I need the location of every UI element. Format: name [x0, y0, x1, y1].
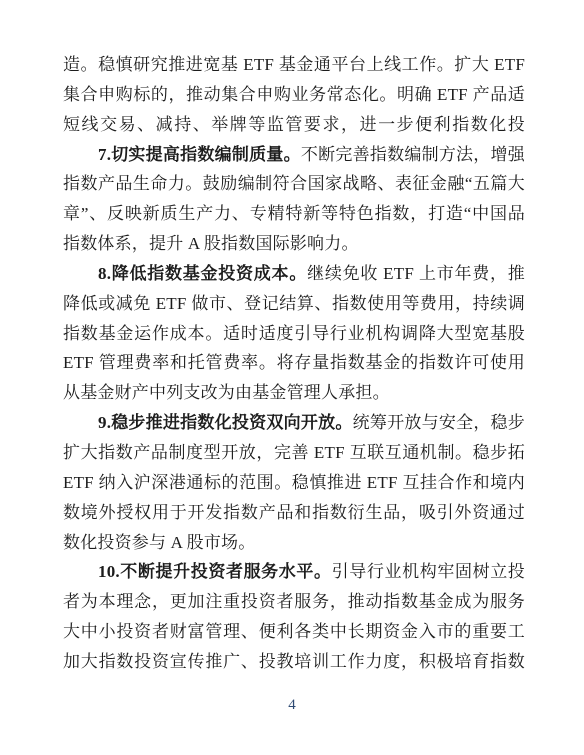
- text-line: 大中小投资者财富管理、便利各类中长期资金入市的重要工具。: [63, 617, 525, 647]
- body-text: 从基金财产中列支改为由基金管理人承担。: [63, 383, 390, 402]
- body-text: 集合申购标的，推动集合申购业务常态化。明确 ETF 产品适用: [63, 85, 525, 110]
- text-line: 降低或减免 ETF 做市、登记结算、指数使用等费用，持续调降: [63, 289, 525, 319]
- body-text: 指数基金运作成本。适时适度引导行业机构调降大型宽基股票: [63, 324, 525, 349]
- paragraph-heading-text: 8.降低指数基金投资成本。: [98, 264, 307, 283]
- para-9: 9.稳步推进指数化投资双向开放。统筹开放与安全，稳步扩大指数产品制度型开放，完善…: [63, 408, 525, 557]
- text-line: 9.稳步推进指数化投资双向开放。统筹开放与安全，稳步: [63, 408, 525, 438]
- text-line: 数化投资参与 A 股市场。: [63, 528, 525, 558]
- text-line: 加大指数投资宣传推广、投教培训工作力度，积极培育指数化: [63, 647, 525, 677]
- text-line: 数境外授权用于开发指数产品和指数衍生品，吸引外资通过指: [63, 498, 525, 528]
- body-text: ETF 管理费率和托管费率。将存量指数基金的指数许可使用费: [63, 353, 525, 378]
- body-text: 者为本理念，更加注重投资者服务，推动指数基金成为服务广: [63, 592, 525, 617]
- body-text: 加大指数投资宣传推广、投教培训工作力度，积极培育指数化: [63, 652, 525, 677]
- text-line: 者为本理念，更加注重投资者服务，推动指数基金成为服务广: [63, 587, 525, 617]
- text-line: ETF 纳入沪深港通标的范围。稳慎推进 ETF 互挂合作和境内指: [63, 468, 525, 498]
- paragraph-heading-text: 10.不断提升投资者服务水平。: [98, 562, 332, 581]
- document-page: 造。稳慎研究推进宽基 ETF 基金通平台上线工作。扩大 ETF集合申购标的，推动…: [0, 0, 584, 755]
- text-line: ETF 管理费率和托管费率。将存量指数基金的指数许可使用费: [63, 348, 525, 378]
- body-text: 降低或减免 ETF 做市、登记结算、指数使用等费用，持续调降: [63, 294, 525, 319]
- para-continuation: 造。稳慎研究推进宽基 ETF 基金通平台上线工作。扩大 ETF集合申购标的，推动…: [63, 50, 525, 140]
- text-line: 扩大指数产品制度型开放，完善 ETF 互联互通机制。稳步拓展: [63, 438, 525, 468]
- text-line: 指数体系，提升 A 股指数国际影响力。: [63, 229, 525, 259]
- body-text: 扩大指数产品制度型开放，完善 ETF 互联互通机制。稳步拓展: [63, 443, 525, 468]
- body-text: 数化投资参与 A 股市场。: [63, 533, 255, 552]
- body-text: 数境外授权用于开发指数产品和指数衍生品，吸引外资通过指: [63, 503, 525, 528]
- paragraph-heading-text: 9.稳步推进指数化投资双向开放。: [98, 413, 353, 432]
- text-line: 造。稳慎研究推进宽基 ETF 基金通平台上线工作。扩大 ETF: [63, 50, 525, 80]
- text-line: 从基金财产中列支改为由基金管理人承担。: [63, 378, 525, 408]
- body-text: 指数体系，提升 A 股指数国际影响力。: [63, 234, 359, 253]
- text-line: 指数基金运作成本。适时适度引导行业机构调降大型宽基股票: [63, 319, 525, 349]
- body-text: 统筹开放与安全，稳步: [353, 413, 525, 432]
- body-text: 指数产品生命力。鼓励编制符合国家战略、表征金融“五篇大文: [63, 174, 525, 199]
- page-footer: 4: [0, 696, 584, 714]
- text-line: 10.不断提升投资者服务水平。引导行业机构牢固树立投资: [63, 557, 525, 587]
- text-line: 7.切实提高指数编制质量。不断完善指数编制方法，增强: [63, 140, 525, 170]
- body-text: 短线交易、减持、举牌等监管要求，进一步便利指数化投资。: [63, 115, 525, 140]
- para-10: 10.不断提升投资者服务水平。引导行业机构牢固树立投资者为本理念，更加注重投资者…: [63, 557, 525, 676]
- body-text: 造。稳慎研究推进宽基 ETF 基金通平台上线工作。扩大 ETF: [63, 55, 525, 74]
- body-text: ETF 纳入沪深港通标的范围。稳慎推进 ETF 互挂合作和境内指: [63, 473, 525, 498]
- text-line: 指数产品生命力。鼓励编制符合国家战略、表征金融“五篇大文: [63, 169, 525, 199]
- text-line: 8.降低指数基金投资成本。继续免收 ETF 上市年费，推动: [63, 259, 525, 289]
- text-line: 短线交易、减持、举牌等监管要求，进一步便利指数化投资。: [63, 110, 525, 140]
- body-text: 大中小投资者财富管理、便利各类中长期资金入市的重要工具。: [63, 622, 525, 647]
- document-body: 造。稳慎研究推进宽基 ETF 基金通平台上线工作。扩大 ETF集合申购标的，推动…: [63, 50, 525, 677]
- paragraph-heading-text: 7.切实提高指数编制质量。: [98, 145, 301, 164]
- para-7: 7.切实提高指数编制质量。不断完善指数编制方法，增强指数产品生命力。鼓励编制符合…: [63, 140, 525, 259]
- text-line: 章”、反映新质生产力、专精特新等特色指数，打造“中国品牌”: [63, 199, 525, 229]
- text-line: 集合申购标的，推动集合申购业务常态化。明确 ETF 产品适用: [63, 80, 525, 110]
- page-number: 4: [288, 697, 296, 713]
- body-text: 章”、反映新质生产力、专精特新等特色指数，打造“中国品牌”: [63, 204, 525, 229]
- para-8: 8.降低指数基金投资成本。继续免收 ETF 上市年费，推动降低或减免 ETF 做…: [63, 259, 525, 408]
- body-text: 不断完善指数编制方法，增强: [301, 145, 525, 164]
